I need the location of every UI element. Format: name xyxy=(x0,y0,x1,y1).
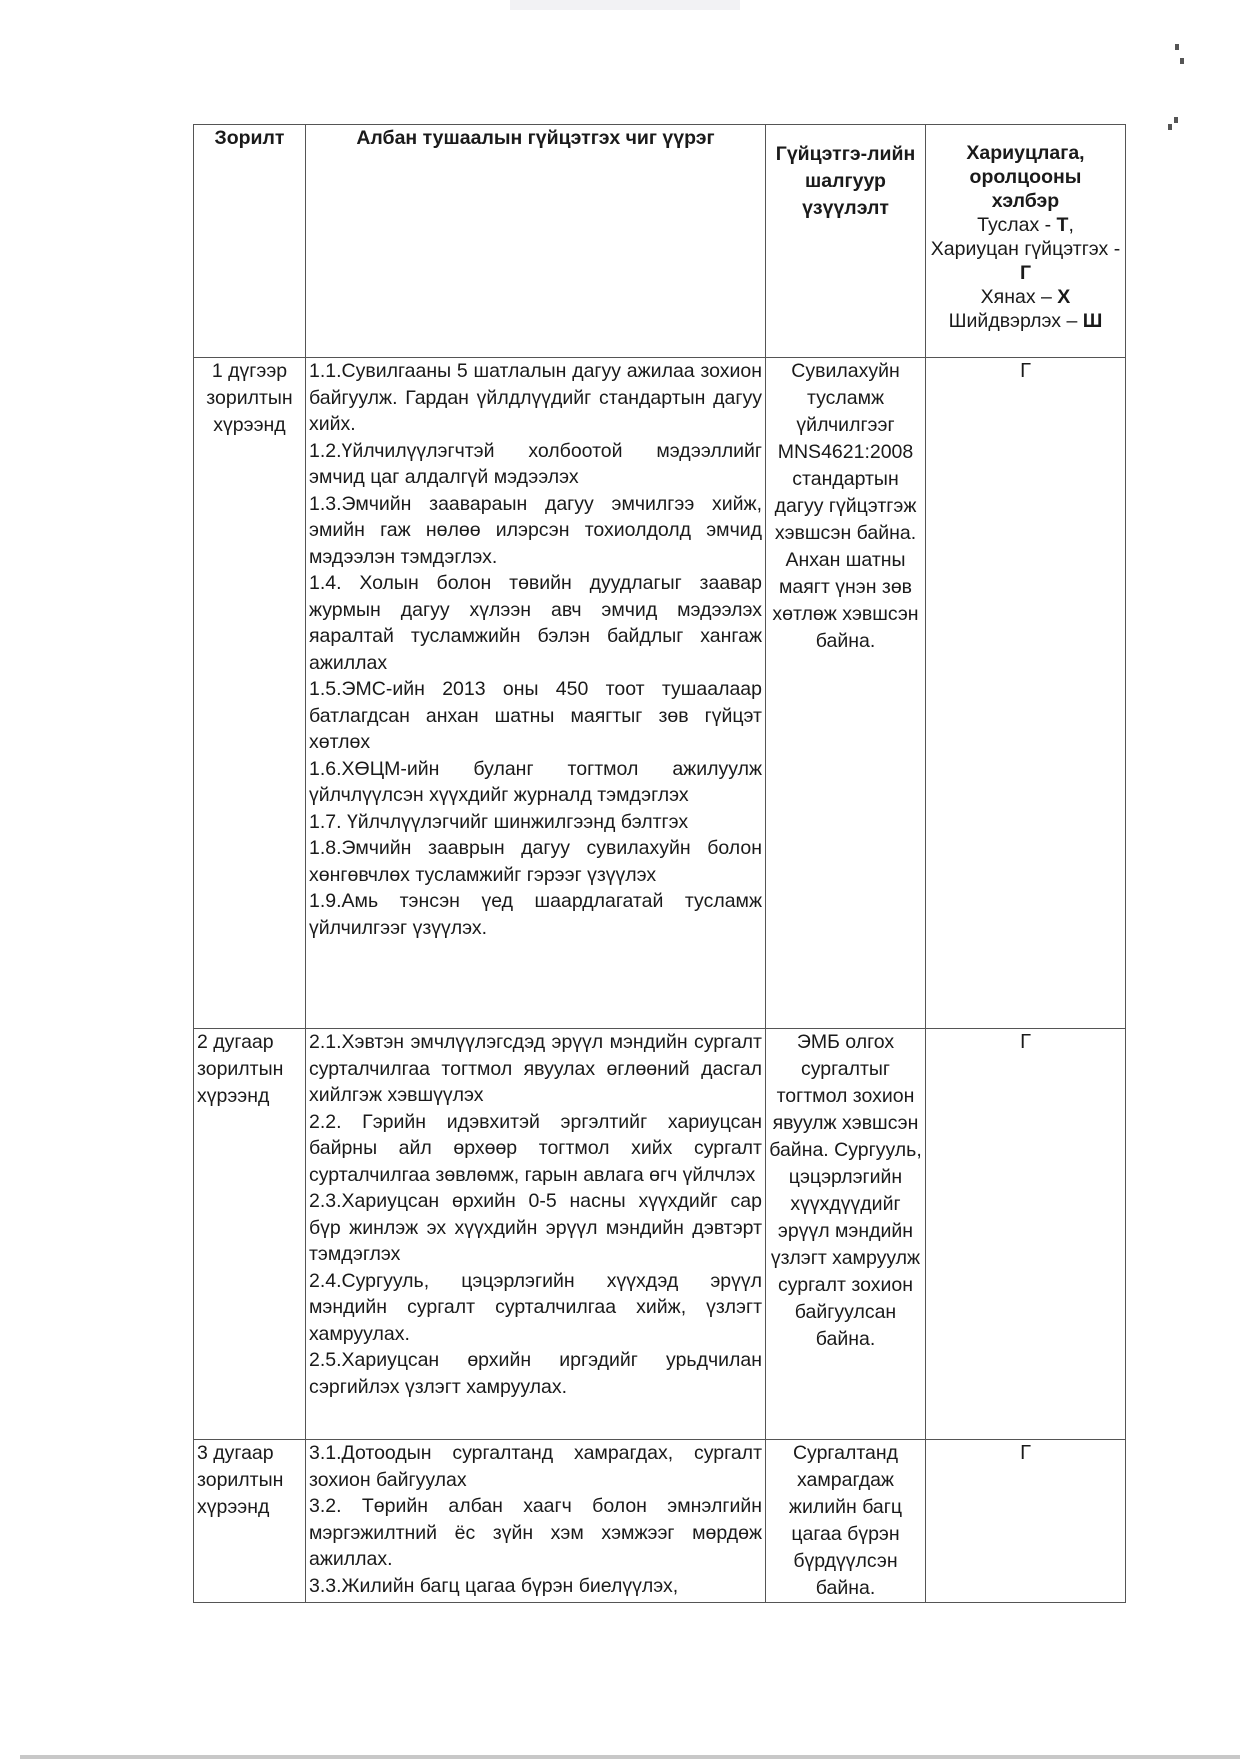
goal-cell: 1 дүгээр зорилтын хүрээнд xyxy=(194,358,306,1029)
table-row: 1 дүгээр зорилтын хүрээнд 1.1.Сувилгааны… xyxy=(194,358,1126,1029)
duty-item: 1.8.Эмчийн зааврын дагуу сувилахуйн боло… xyxy=(309,835,762,888)
responsibility-cell: Г xyxy=(926,358,1126,1029)
duty-item: 2.5.Хариуцсан өрхийн иргэдийг урьдчилан … xyxy=(309,1347,762,1400)
legend-execute: Хариуцан гүйцэтгэх - Г xyxy=(929,237,1122,285)
duty-item: 2.3.Хариуцсан өрхийн 0-5 насны хүүхдийг … xyxy=(309,1188,762,1268)
legend-assist: Туслах - Т, xyxy=(929,213,1122,237)
duties-cell: 3.1.Дотоодын сургалтанд хамрагдах, сурга… xyxy=(306,1440,766,1603)
scan-mark xyxy=(1174,117,1178,123)
goal-cell: 2 дугаар зорилтын хүрээнд xyxy=(194,1029,306,1440)
header-resp-title-2: оролцооны xyxy=(929,165,1122,189)
header-criteria: Гүйцэтгэ-лийн шалгуур үзүүлэлт xyxy=(766,125,926,358)
goal-cell: 3 дугаар зорилтын хүрээнд xyxy=(194,1440,306,1603)
scan-mark xyxy=(1175,44,1179,50)
duty-item: 2.2. Гэрийн идэвхитэй эргэлтийг хариуцса… xyxy=(309,1109,762,1189)
legend-decide: Шийдвэрлэх – Ш xyxy=(929,309,1122,333)
duty-item: 1.4. Холын болон төвийн дуудлагыг заавар… xyxy=(309,570,762,676)
duties-cell: 1.1.Сувилгааны 5 шатлалын дагуу ажилаа з… xyxy=(306,358,766,1029)
duty-item: 1.9.Амь тэнсэн үед шаардлагатай тусламж … xyxy=(309,888,762,941)
duty-item: 1.7. Үйлчлүүлэгчийг шинжилгээнд бэлтгэх xyxy=(309,809,762,836)
duty-item: 1.2.Үйлчилүүлэгчтэй холбоотой мэдээллийг… xyxy=(309,438,762,491)
legend-control: Хянах – Х xyxy=(929,285,1122,309)
header-duty: Албан тушаалын гүйцэтгэх чиг үүрэг xyxy=(306,125,766,358)
duty-item: 1.6.ХӨЦМ-ийн буланг тогтмол ажилуулж үйл… xyxy=(309,756,762,809)
header-resp-title-1: Хариуцлага, xyxy=(929,141,1122,165)
criteria-cell: ЭМБ олгох сургалтыг тогтмол зохион явуул… xyxy=(766,1029,926,1440)
table-row: 3 дугаар зорилтын хүрээнд 3.1.Дотоодын с… xyxy=(194,1440,1126,1603)
duty-item: 3.1.Дотоодын сургалтанд хамрагдах, сурга… xyxy=(309,1440,762,1493)
duty-item: 3.3.Жилийн багц цагаа бүрэн биелүүлэх, xyxy=(309,1573,762,1600)
criteria-cell: Сургалтанд хамрагдаж жилийн багц цагаа б… xyxy=(766,1440,926,1603)
header-goal: Зорилт xyxy=(194,125,306,358)
job-duties-table: Зорилт Албан тушаалын гүйцэтгэх чиг үүрэ… xyxy=(193,124,1126,1603)
scan-mark xyxy=(1168,124,1172,130)
header-row: Зорилт Албан тушаалын гүйцэтгэх чиг үүрэ… xyxy=(194,125,1126,358)
header-responsibility: Хариуцлага, оролцооны хэлбэр Туслах - Т,… xyxy=(926,125,1126,358)
duty-item: 1.1.Сувилгааны 5 шатлалын дагуу ажилаа з… xyxy=(309,358,762,438)
duty-item: 2.1.Хэвтэн эмчлүүлэгсдэд эрүүл мэндийн с… xyxy=(309,1029,762,1109)
duty-item: 1.5.ЭМС-ийн 2013 оны 450 тоот тушаалаар … xyxy=(309,676,762,756)
table-row: 2 дугаар зорилтын хүрээнд 2.1.Хэвтэн эмч… xyxy=(194,1029,1126,1440)
duties-cell: 2.1.Хэвтэн эмчлүүлэгсдэд эрүүл мэндийн с… xyxy=(306,1029,766,1440)
responsibility-cell: Г xyxy=(926,1440,1126,1603)
header-resp-title-3: хэлбэр xyxy=(929,189,1122,213)
scan-smudge xyxy=(510,0,740,10)
responsibility-cell: Г xyxy=(926,1029,1126,1440)
duty-item: 1.3.Эмчийн заавараын дагуу эмчилгээ хийж… xyxy=(309,491,762,571)
scan-edge xyxy=(20,1755,1240,1759)
duty-item: 3.2. Төрийн албан хаагч болон эмнэлгийн … xyxy=(309,1493,762,1573)
duty-item: 2.4.Сургууль, цэцэрлэгийн хүүхдэд эрүүл … xyxy=(309,1268,762,1348)
criteria-cell: Сувилахуйн тусламж үйлчилгээг MNS4621:20… xyxy=(766,358,926,1029)
scan-mark xyxy=(1180,58,1184,64)
